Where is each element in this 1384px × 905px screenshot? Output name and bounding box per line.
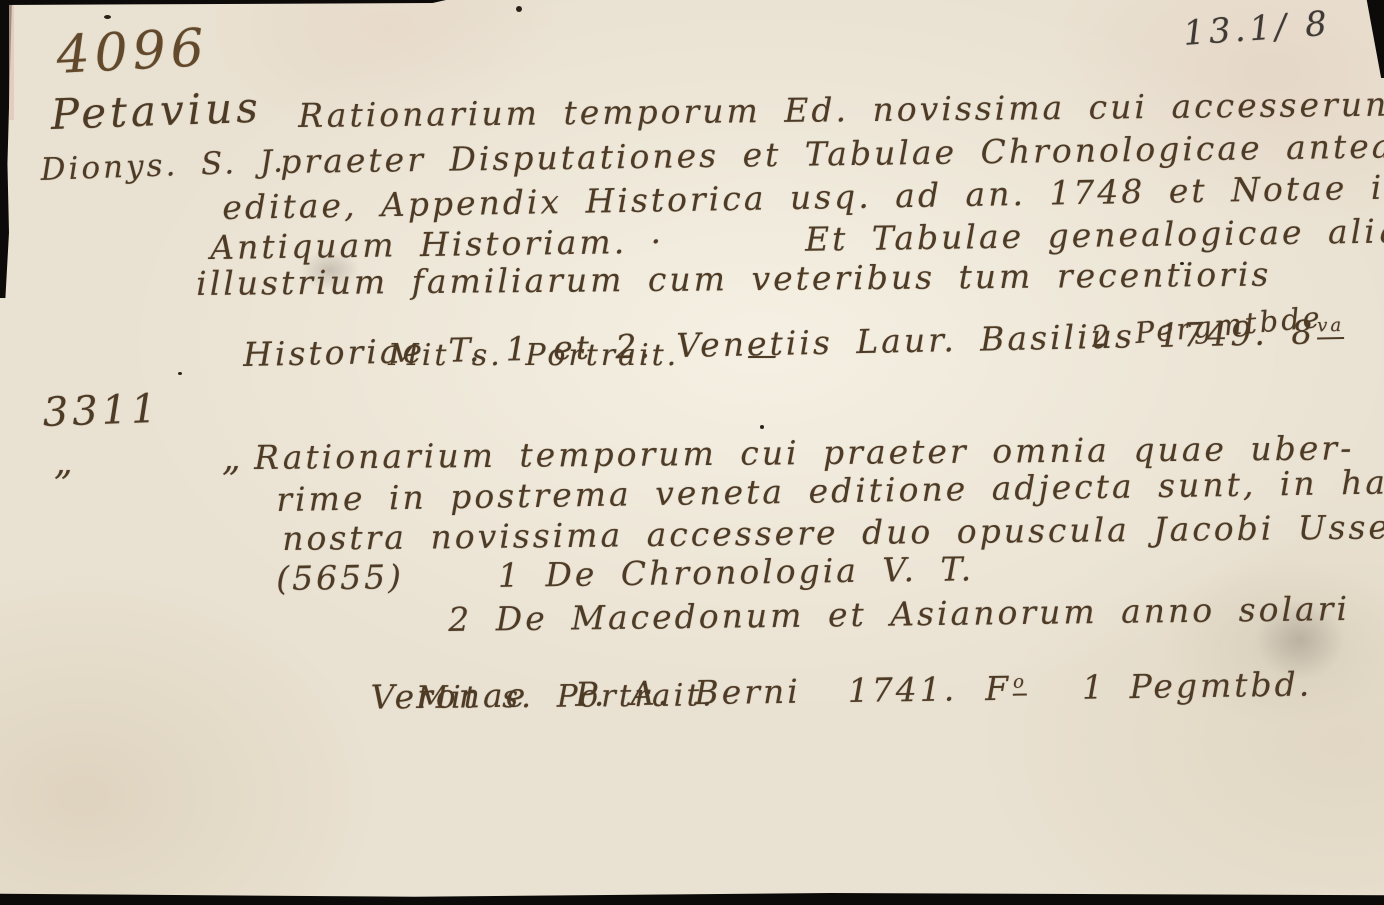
entry1-author: Petavius (50, 83, 263, 139)
entry2-author-ditto: „ (54, 442, 76, 483)
ink-speck (104, 15, 111, 19)
entry2-binding-note: 1 Pegmtbd. (1082, 665, 1313, 707)
torn-paper-edge (9, 0, 14, 120)
entry2-title-line: (5655) 1 De Chronologia V. T. (276, 549, 974, 598)
entry2-portrait-note: Mit s. Portrait. (416, 677, 715, 716)
entry1-shelf-number: 4096 (55, 18, 210, 86)
entry2-shelf-number: 3311 (42, 386, 161, 436)
entry1-portrait-note: Mit s. Portrait. — (388, 338, 780, 373)
archive-mark: 13.1/ 8 (1182, 4, 1332, 54)
ink-speck (760, 425, 764, 429)
scan-edge-right (1360, 0, 1384, 78)
ink-speck (516, 6, 522, 12)
entry1-author-detail: Dionys. S. J. (40, 143, 286, 188)
entry2-format-ordinal: o (1013, 672, 1027, 696)
scan-edge-bottom (0, 890, 1384, 905)
scan-edge-top (0, 0, 446, 5)
entry2-format: F (985, 669, 1011, 708)
entry2-title-ditto: „ (222, 438, 244, 479)
manuscript-page: 13.1/ 8 4096 Petavius Dionys. S. J. Rati… (0, 0, 1384, 905)
entry1-title-line: Rationarium temporum Ed. novissima cui a… (298, 84, 1384, 135)
